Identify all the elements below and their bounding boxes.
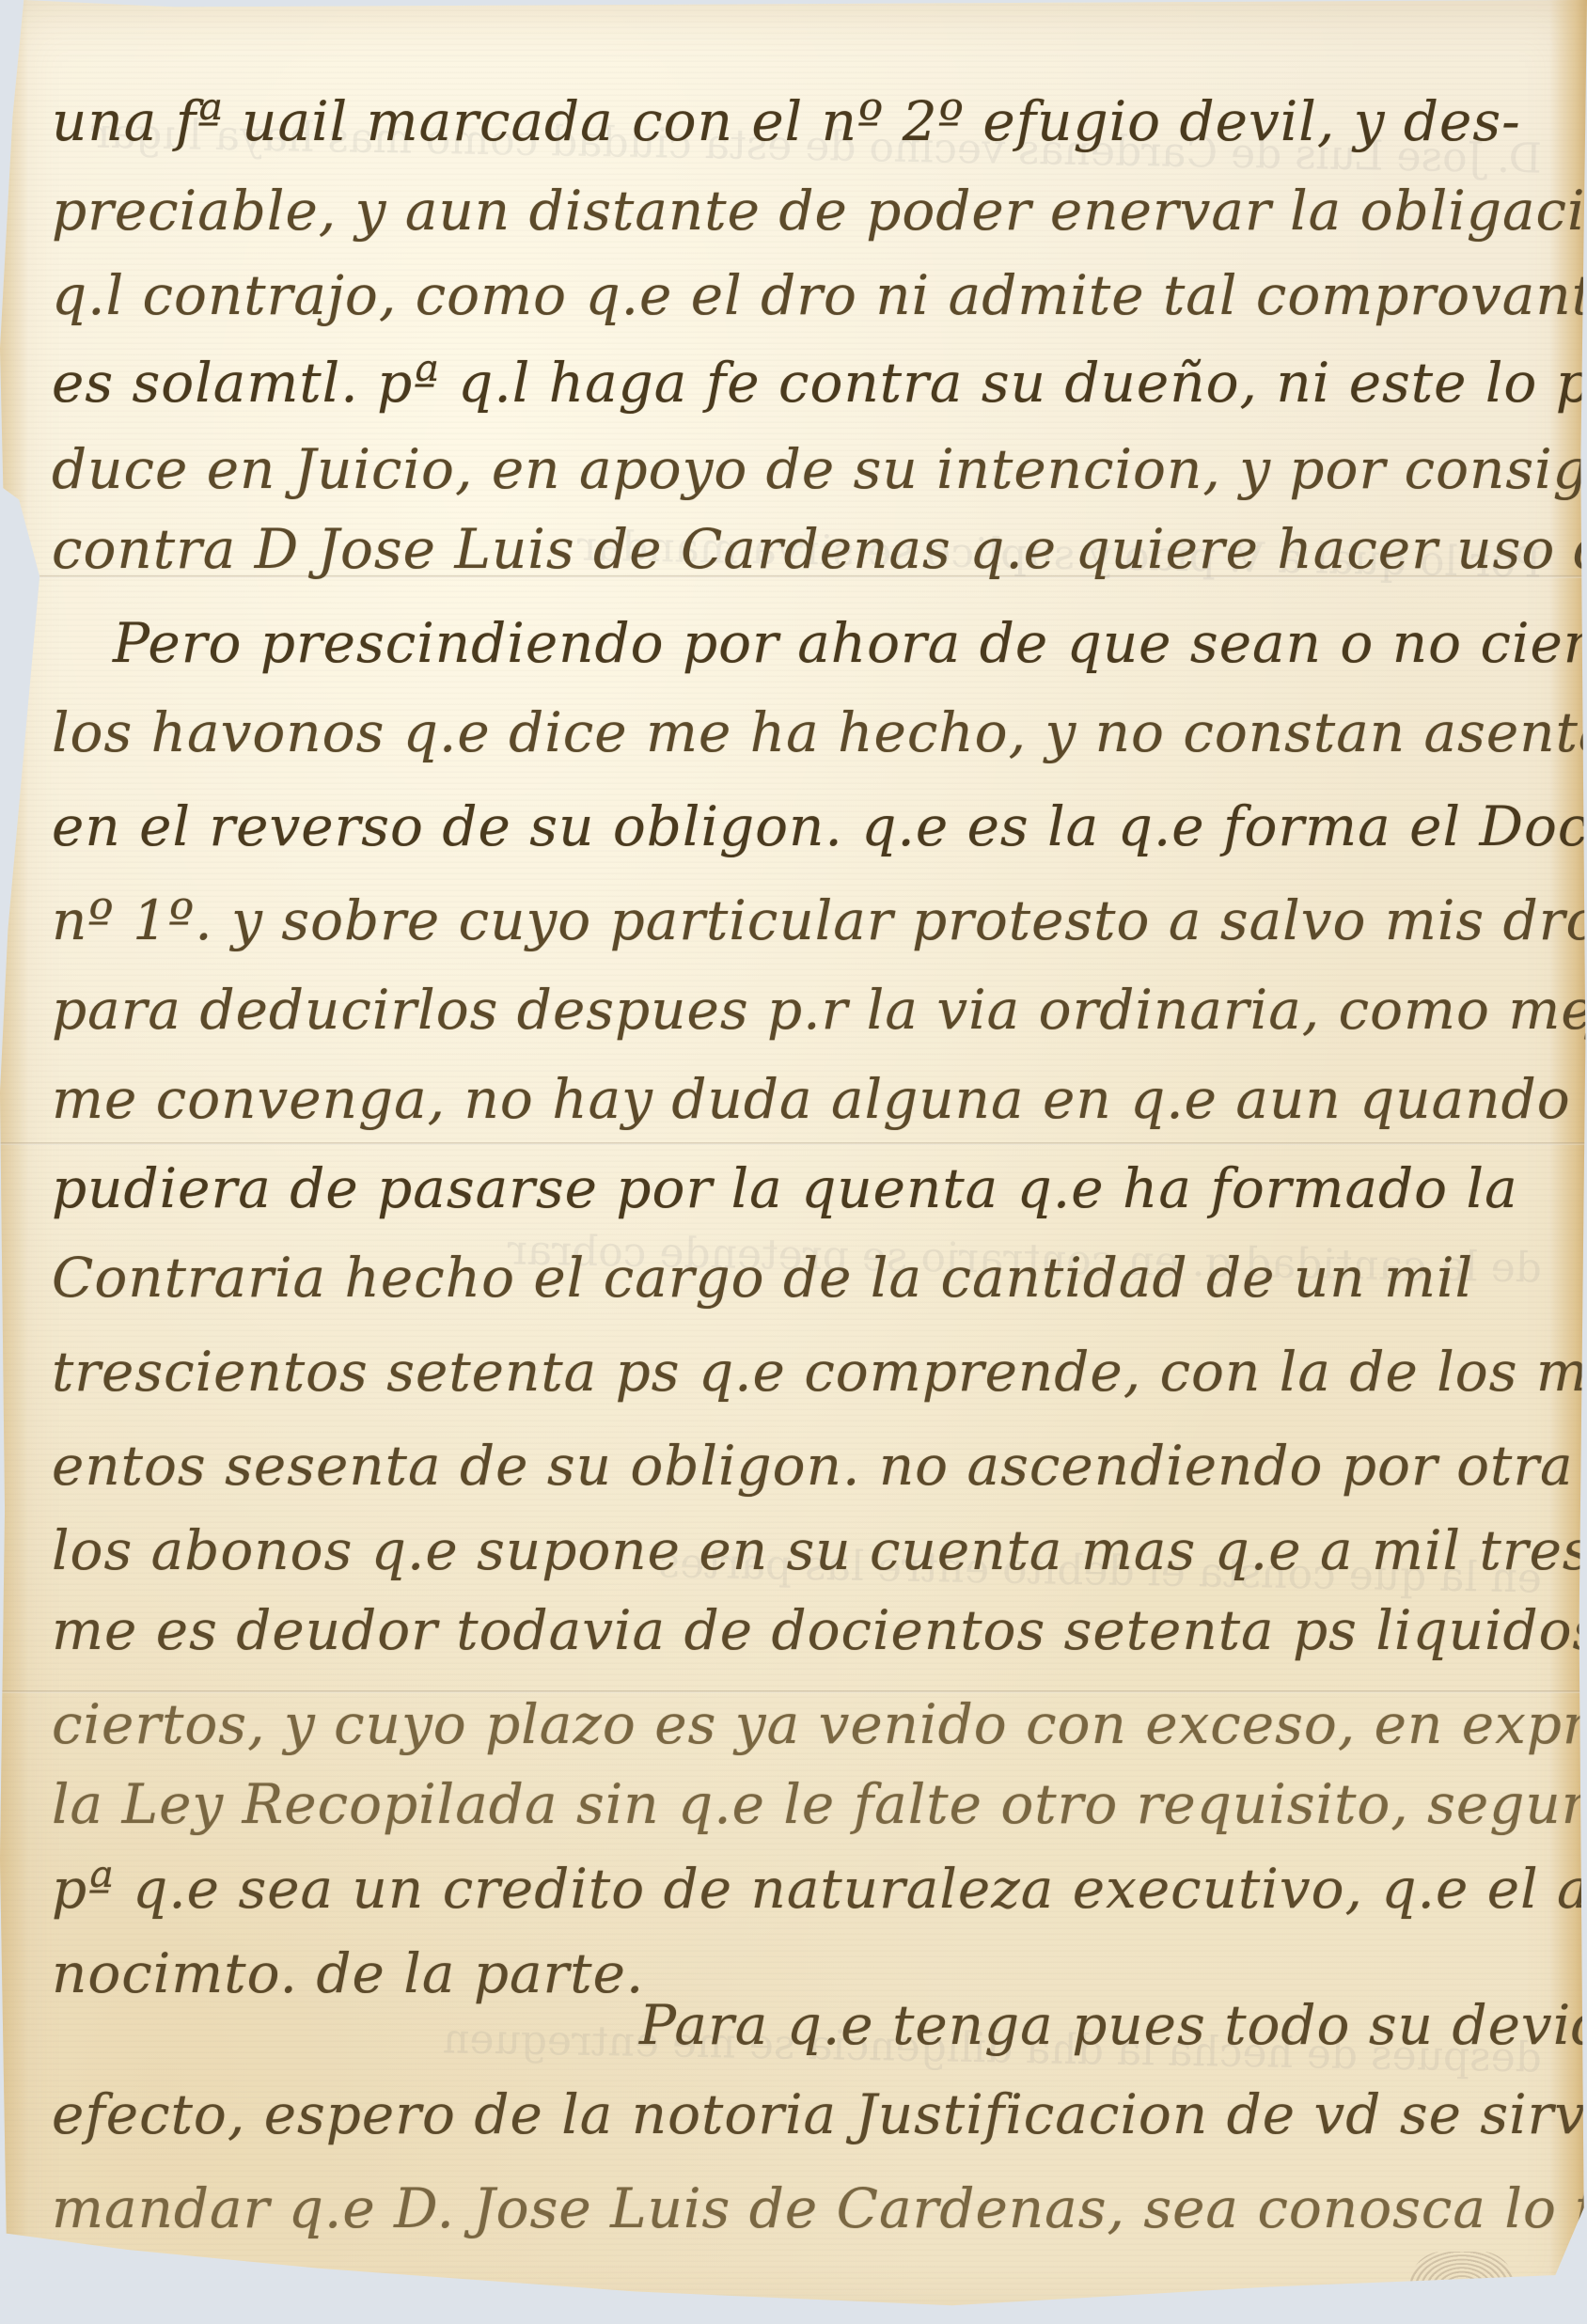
text-line: nº 1º. y sobre cuyo particular protesto … — [52, 893, 1587, 948]
text-line: me es deudor todavia de docientos setent… — [52, 1603, 1587, 1657]
text-line: q.l contrajo, como q.e el dro ni admite … — [52, 268, 1587, 322]
text-line: contra D Jose Luis de Cardenas q.e quier… — [52, 522, 1587, 576]
text-line: pª q.e sea un credito de naturaleza exec… — [52, 1861, 1587, 1916]
aged-paper-sheet: D. Jose Luis de Cardenas vecino de esta … — [0, 0, 1587, 2324]
fold-line — [0, 1142, 1587, 1145]
scanned-page: D. Jose Luis de Cardenas vecino de esta … — [0, 0, 1587, 2324]
left-edge-stain — [0, 0, 28, 2238]
text-line: una fª uail marcada con el nº 2º efugio … — [52, 94, 1521, 149]
text-line: Para q.e tenga pues todo su devido — [639, 1998, 1587, 2052]
text-line: Pero prescindiendo por ahora de que sean… — [113, 616, 1587, 670]
text-line: mandar q.e D. Jose Luis de Cardenas, sea… — [52, 2181, 1587, 2236]
text-line: nocimto. de la parte. — [52, 1946, 644, 2001]
ink-smudge — [1410, 2252, 1514, 2289]
text-line: para deducirlos despues p.r la via ordin… — [52, 982, 1587, 1037]
text-line: efecto, espero de la notoria Justificaci… — [52, 2087, 1587, 2142]
text-line: entos sesenta de su obligon. no ascendie… — [52, 1438, 1587, 1493]
text-line: pudiera de pasarse por la quenta q.e ha … — [52, 1161, 1518, 1216]
text-line: los abonos q.e supone en su cuenta mas q… — [52, 1523, 1587, 1578]
text-line: los havonos q.e dice me ha hecho, y no c… — [52, 705, 1587, 760]
text-line: es solamtl. pª q.l haga fe contra su due… — [52, 355, 1587, 410]
text-line: trescientos setenta ps q.e comprende, co… — [52, 1344, 1587, 1399]
text-line: preciable, y aun distante de poder enerv… — [52, 183, 1587, 238]
text-line: ciertos, y cuyo plazo es ya venido con e… — [52, 1697, 1587, 1751]
text-line: duce en Juicio, en apoyo de su intencion… — [52, 442, 1587, 496]
text-line: la Ley Recopilada sin q.e le falte otro … — [52, 1777, 1587, 1831]
text-line: me convenga, no hay duda alguna en q.e a… — [52, 1072, 1571, 1126]
right-edge-stain — [1549, 0, 1587, 2275]
text-line: Contraria hecho el cargo de la cantidad … — [52, 1250, 1473, 1305]
text-line: en el reverso de su obligon. q.e es la q… — [52, 799, 1587, 854]
